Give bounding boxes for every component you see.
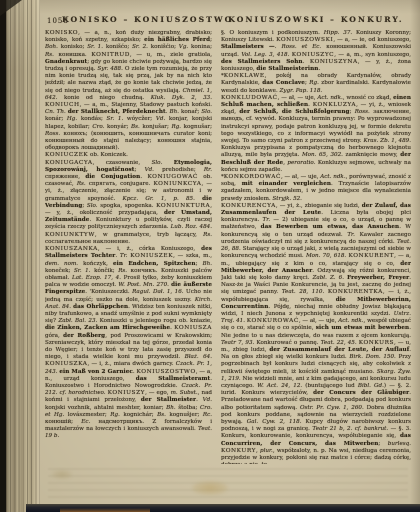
citation: Bs. xyxy=(157,412,166,418)
citation: Kluk. Dyk. 2, 33. xyxy=(151,95,212,101)
german-gloss: die Conjugation xyxy=(85,174,140,180)
entry-headword: KONKURENCYA xyxy=(221,203,276,209)
citation: Slo. xyxy=(87,203,98,209)
german-gloss: ein Maß von 2 Garniec xyxy=(59,369,133,375)
german-gloss: der Mitbewerber, der Ansucher xyxy=(221,261,411,274)
citation: Teat. 19 b. xyxy=(45,426,212,439)
entry-headword: KONKURENTKA xyxy=(328,289,383,295)
german-gloss: die Zinken, Zacken am Hirschgeweihe xyxy=(45,325,170,331)
citation: Tr. xyxy=(120,253,128,259)
citation: Zabł. Z. 6. xyxy=(312,275,344,281)
entry-headword: KONIUSZOWSKI xyxy=(276,37,333,43)
citation: Tr. xyxy=(263,217,271,223)
citation: Błaż. 64. xyxy=(185,354,212,360)
german-gloss: der Roßberg xyxy=(63,333,105,339)
citation: Mon. 70, 618. xyxy=(306,253,346,259)
entry-headword: KONIUCZEK xyxy=(45,152,88,158)
german-gloss: mit einander vergleichen xyxy=(242,181,331,187)
german-gloss: Stallmeisters — xyxy=(221,44,275,50)
citation: Cro. et Hg. xyxy=(45,405,212,418)
entry-headword: KONKLUDOWAĆ xyxy=(221,95,278,101)
german-gloss: Gnadenkraut xyxy=(45,59,87,65)
dictionary-paragraph: KONKURENCYA, — yi, ż., zbieganie się lud… xyxy=(221,203,411,464)
entry-headword: KONIUSZYNA xyxy=(310,59,358,65)
citation: Teatr 7, 93. xyxy=(221,340,254,346)
entry-headword: KONISKO xyxy=(45,30,78,36)
citation: Stryjk. 52. xyxy=(272,196,302,202)
citation: Rg. xyxy=(171,124,181,130)
citation: peroratio xyxy=(287,160,313,166)
citation: Ostr. Pr. Cyw. 1, 260. xyxy=(300,405,364,411)
citation: Vol. Leg. 3, 418. xyxy=(241,52,289,58)
showthrough-text-ghost xyxy=(48,468,408,498)
citation: Rs. xyxy=(45,52,54,58)
citation: Syr. 488. xyxy=(98,66,123,72)
german-gloss: ein Endchen, Spitzchen xyxy=(113,261,196,267)
entry-headword: KONIUSZEK xyxy=(130,253,173,259)
citation: Birk. Dom. 150. xyxy=(349,354,395,360)
entry-headword: KONIUSZYC xyxy=(292,52,334,58)
citation: Cro. xyxy=(92,124,104,130)
citation: Teatr 21 b, 2. cf. bankrut. xyxy=(312,426,388,432)
german-gloss: das Conclave xyxy=(262,80,305,86)
entry-headword: KONIUNKTURA xyxy=(156,203,210,209)
citation: Sr. 1. xyxy=(107,116,124,122)
top-edge-shadow xyxy=(0,0,420,14)
dictionary-paragraph: KONISKO, — a, n., koń duży niezgrabny, d… xyxy=(45,30,212,152)
german-gloss: der Concurs der Gläubiger xyxy=(313,390,409,396)
citation: burlesq. xyxy=(388,441,411,447)
entry-headword: KONKLAWE xyxy=(224,73,265,79)
dictionary-paragraph: *KONKORDOWAĆ, — ał, — uje, Act. ndk., po… xyxy=(221,174,411,203)
citation: Bh. xyxy=(166,405,176,411)
citation: Kras. Zb. 1, 489. xyxy=(363,138,411,144)
citation: dem. nom. xyxy=(45,261,78,267)
german-gloss: das Bewerben um etwas, das Ansuchen xyxy=(261,224,400,230)
german-gloss: ein häßliches Pferd xyxy=(144,37,210,43)
citation: Cn. Th. xyxy=(45,109,66,115)
citation: Act. ndk. xyxy=(320,174,345,180)
right-edge-shadow xyxy=(410,0,420,512)
citation: Vd. xyxy=(156,116,165,122)
dictionary-paragraph: *KONKLAWE, pokój na obrady Kardynałów, o… xyxy=(221,73,411,95)
entry-headword: KONIUCH xyxy=(45,102,80,108)
german-gloss: das Ohrläppchen xyxy=(73,304,128,310)
citation: Slo. xyxy=(201,109,212,115)
entry-headword: KONIUSZA xyxy=(174,325,212,331)
citation: Vd. xyxy=(145,167,154,173)
citation: Ec. xyxy=(81,419,90,425)
citation: Ross. xyxy=(45,131,60,137)
entry-headword: KONIUSZOSTWO xyxy=(137,369,196,375)
entry-headword: KONITRUD xyxy=(91,52,130,58)
german-gloss: der Umstand, Zeitumstände xyxy=(45,210,212,223)
citation: Zabł. Bal. 23. xyxy=(58,318,97,324)
citation: Sr. 1. xyxy=(74,268,91,274)
page-edge-stack xyxy=(6,0,40,512)
citation: m. Subst. xyxy=(171,390,198,396)
citation: Act. ndk. xyxy=(338,318,363,324)
dictionary-paragraph: KONIUSZANKA, — i, ż., córka Koniuszego, … xyxy=(45,246,212,440)
citation: Vg. xyxy=(179,44,188,50)
entry-headword: KONKLUZYA xyxy=(313,102,356,108)
citation: Sr. 2. xyxy=(132,44,148,50)
german-gloss: der Stallmeister xyxy=(141,397,196,403)
citation: Bh. xyxy=(170,109,180,115)
entry-headword: KONKUROWAĆ xyxy=(247,318,299,324)
dictionary-paragraph: §. O koniuszym i podkoniuszym. Hipp. 37.… xyxy=(221,30,411,73)
entry-headword: KONIUNKTYW xyxy=(45,232,95,238)
citation: Rc. xyxy=(203,412,212,418)
entry-headword: KONIUGACYA xyxy=(45,160,93,166)
citation: Kirch. Anat. 84. xyxy=(45,297,212,310)
citation: Ross. xyxy=(355,109,370,115)
citation: Rs. xyxy=(77,181,86,187)
citation: Kpcz. Gr. 1, p. 85. xyxy=(123,196,195,202)
citation: Mon. 65, 302. xyxy=(302,152,343,158)
paper-stain xyxy=(52,470,72,479)
citation: plur. xyxy=(260,448,273,454)
running-title-right: KONIUSZOWSKI – KONKURY. xyxy=(221,15,411,24)
paper-stain xyxy=(192,481,228,495)
citation: Hipp. 37. xyxy=(324,30,352,36)
citation: Act. ndk. xyxy=(317,95,342,101)
entry-headword: KONKURENT xyxy=(348,253,394,259)
german-gloss: das Stallmeisteramt xyxy=(136,376,211,382)
citation: Teat. 28, 110. xyxy=(282,289,324,295)
citation: Slo. xyxy=(152,160,163,166)
citation: Teat. 22, 45. xyxy=(321,340,357,346)
dictionary-paragraph: KONIUGACYA, czasowanie, Slo. Etymologia,… xyxy=(45,160,212,246)
citation: Tr. xyxy=(347,232,355,238)
german-gloss: Freywerber, Freyer xyxy=(347,275,409,281)
entry-headword: KONIUSZY xyxy=(108,390,146,396)
german-gloss: der Schluß, die Schlußfolgerung xyxy=(239,109,349,115)
entry-headword: KONKORDOWAĆ xyxy=(224,174,281,180)
citation: Bs. xyxy=(131,124,140,130)
german-gloss: sich um etwas mit bewerben xyxy=(316,325,410,331)
citation: Ragul. Dał. 1, 16. xyxy=(132,289,183,295)
citation: Rs. xyxy=(203,232,212,238)
citation: Zygr. Pap. 118. xyxy=(280,88,323,94)
citation: Rg. xyxy=(309,80,319,86)
citation: Ross. et Ec. xyxy=(282,44,322,50)
dictionary-paragraph: KONKLUDOWAĆ, — ał, — uje, Act. ndk., wno… xyxy=(221,95,411,174)
citation: W. Post. Mn. 270. xyxy=(118,282,169,288)
citation: Lat. Ezop. 17, 4. xyxy=(72,275,121,281)
entry-headword: KONIUNKCYA xyxy=(153,181,201,187)
german-gloss: das Concurriren, der Concurs, das Mitwer… xyxy=(221,433,411,446)
citation: Vd. xyxy=(203,397,212,403)
german-gloss: der Stallknecht, Pferdeknecht xyxy=(68,109,166,115)
entry-headword: KONKURY xyxy=(221,448,256,454)
running-title-left: KONISKO – KONIUSZOSTWO xyxy=(62,15,212,24)
citation: Rr. xyxy=(204,167,212,173)
citation: Bh. xyxy=(203,261,213,267)
citation: W. Act. 24, 12. xyxy=(257,383,302,389)
citation: Rs. xyxy=(118,268,127,274)
left-text-column: KONISKO, — a, n., koń duży niezgrabny, d… xyxy=(45,30,212,464)
citation: Sr. 1. xyxy=(87,44,103,50)
citation: Boh. xyxy=(45,44,58,50)
german-gloss: der Zusammenlauf der Leute, der Auflauf xyxy=(269,347,409,353)
citation: Teat. 26, 88. xyxy=(221,239,411,252)
book-page-scan: 1058 KONISKO – KONIUSZOSTWO KONIUSZOWSKI… xyxy=(0,0,420,512)
citation: Skarg. Żyw. 1, 219. xyxy=(221,369,411,382)
right-text-column: §. O koniuszym i podkoniuszym. Hipp. 37.… xyxy=(221,30,411,464)
german-gloss: die Mitbewerberinn, Concurrentinn xyxy=(221,297,411,310)
entry-headword: KONIUGOWAĆ xyxy=(147,174,197,180)
citation: Hg. xyxy=(67,116,77,122)
entry-headword: KONIUSZKA xyxy=(45,361,88,367)
citation: Lub. Roz. 484. xyxy=(171,224,212,230)
bottom-scan-highlight xyxy=(60,508,150,512)
german-gloss: die Stallmeisterinn xyxy=(256,66,318,72)
dictionary-paragraph: KONIUCZEK ob. Koniczek. xyxy=(45,152,212,159)
citation: Bibl. Gd. xyxy=(358,383,384,389)
citation: Rg. xyxy=(110,412,120,418)
entry-headword: KONIUSZANKA xyxy=(45,246,98,252)
entry-headword: KONKURS xyxy=(359,340,394,346)
citation: Gal. Cyw. 2, 118. xyxy=(247,419,302,425)
german-gloss: des Stallmeisters Sohn xyxy=(221,59,303,65)
